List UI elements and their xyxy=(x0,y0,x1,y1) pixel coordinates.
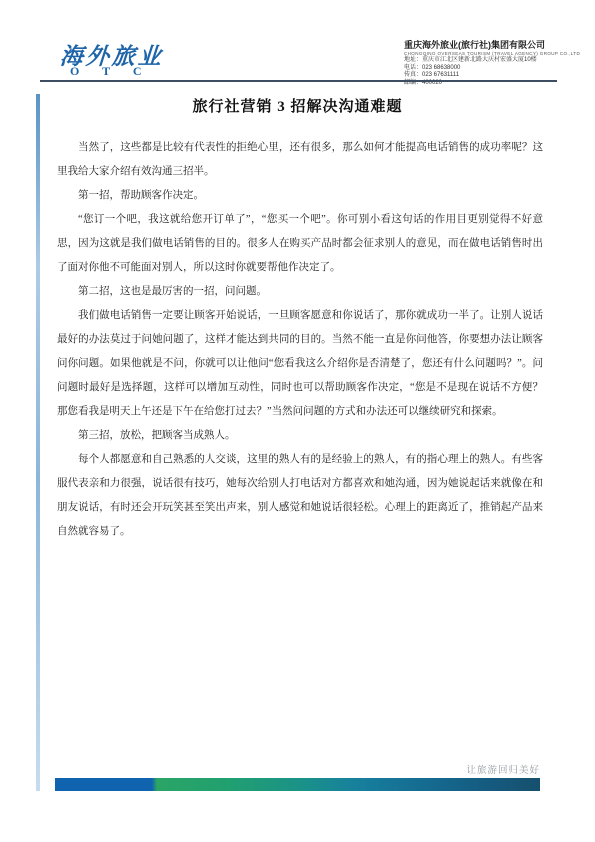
header-divider xyxy=(40,80,557,82)
company-name: 重庆海外旅业(旅行社)集团有限公司 xyxy=(404,40,562,51)
company-address: 地址：重庆市江北区建新北路大庆村宏盛大厦10楼 xyxy=(404,57,562,65)
document-body: 当然了，这些都是比较有代表性的拒绝心里，还有很多，那么如何才能提高电话销售的成功… xyxy=(57,136,543,544)
paragraph: 第一招，帮助顾客作决定。 xyxy=(57,184,543,208)
document-page: 海外旅业 O T C 重庆海外旅业(旅行社)集团有限公司 CHONGQING O… xyxy=(0,0,595,842)
paragraph: 第三招，放松，把顾客当成熟人。 xyxy=(57,424,543,448)
company-fax: 传真：023 67631111 xyxy=(404,72,562,80)
footer-slogan: 让旅游回归美好 xyxy=(466,762,540,776)
page-title: 旅行社营销 3 招解决沟通难题 xyxy=(0,95,595,116)
paragraph: 第二招，这也是最厉害的一招，问问题。 xyxy=(57,280,543,304)
company-phone: 电话：023 68638000 xyxy=(404,65,562,73)
paragraph: 每个人都愿意和自己熟悉的人交谈，这里的熟人有的是经验上的熟人，有的指心理上的熟人… xyxy=(57,448,543,544)
footer-accent-bar xyxy=(55,778,540,791)
paragraph: 当然了，这些都是比较有代表性的拒绝心里，还有很多，那么如何才能提高电话销售的成功… xyxy=(57,136,543,184)
left-accent-bar xyxy=(36,94,40,791)
company-logo-otc: O T C xyxy=(70,64,152,79)
paragraph: “您订一个吧，我这就给您开订单了”，“您买一个吧”。你可别小看这句话的作用目更别… xyxy=(57,208,543,280)
paragraph: 我们做电话销售一定要让顾客开始说话，一旦顾客愿意和你说话了，那你就成功一半了。让… xyxy=(57,304,543,424)
